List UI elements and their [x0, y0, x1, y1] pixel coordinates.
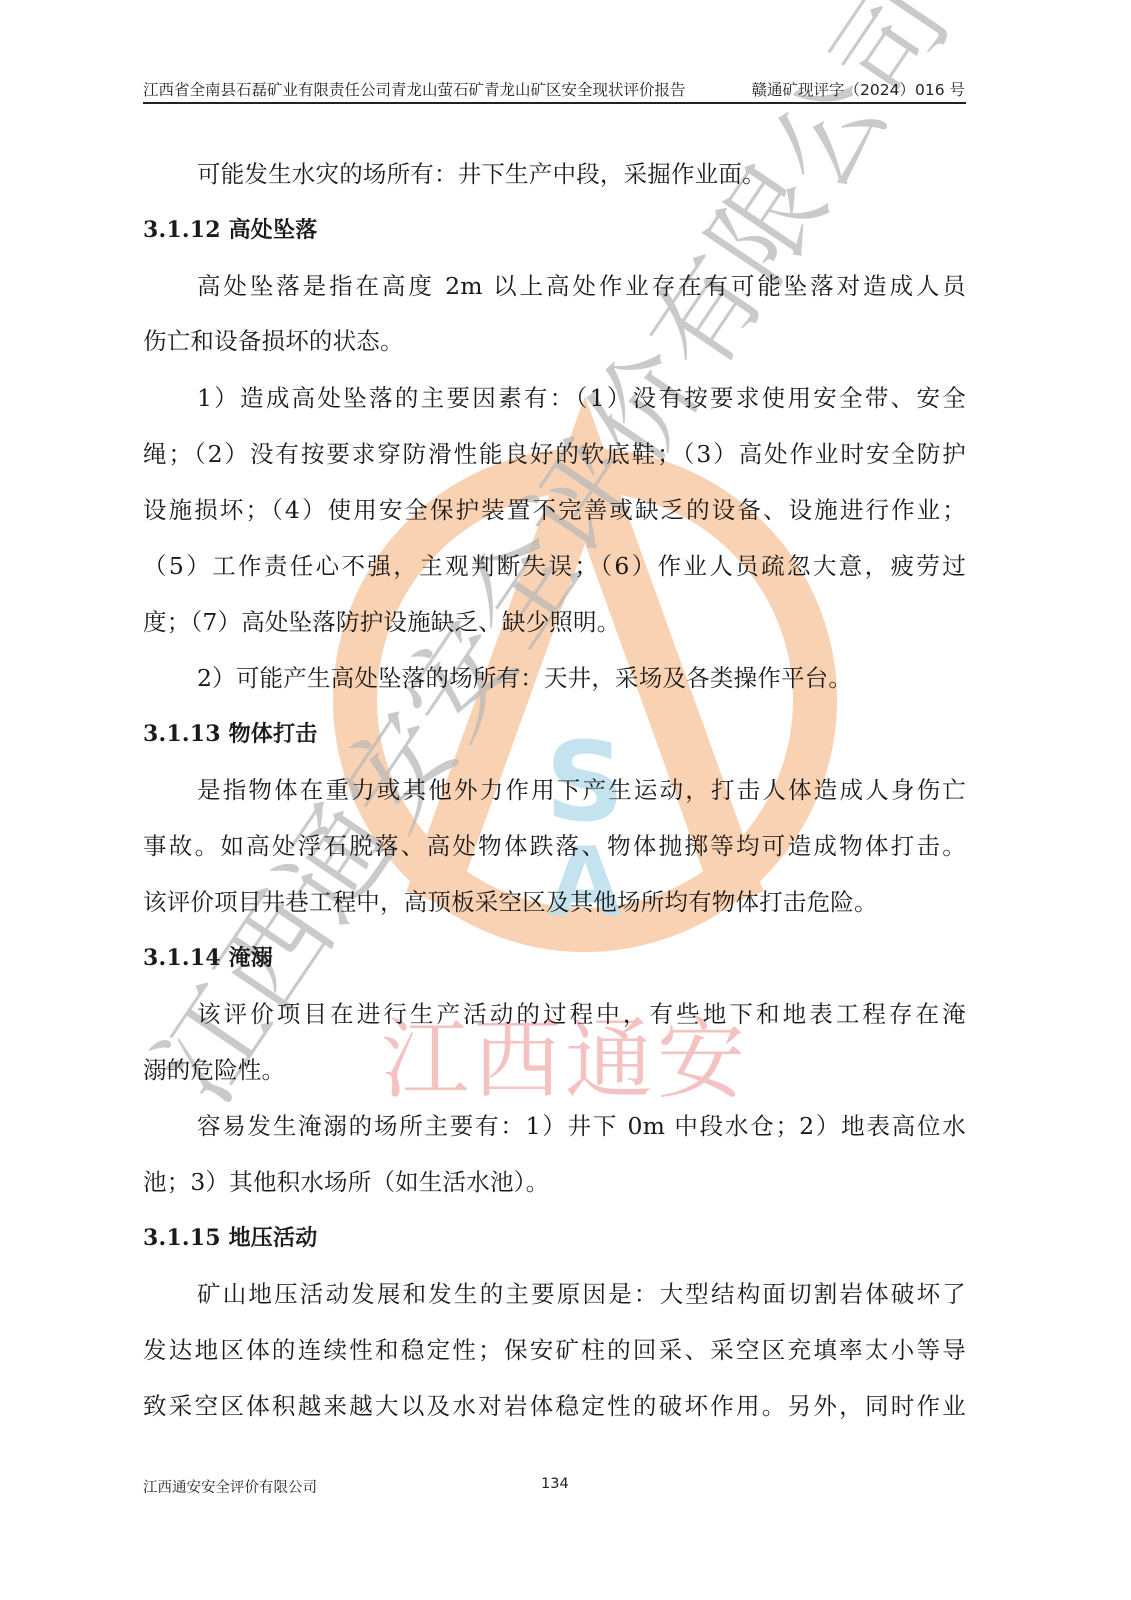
- paragraph-line: 发达地区体的连续性和稳定性；保安矿柱的回采、采空区充填率太小等导: [143, 1331, 966, 1365]
- paragraph-line: 该评价项目井巷工程中，高顶板采空区及其他场所均有物体打击危险。: [143, 883, 878, 917]
- header-divider: [143, 102, 966, 104]
- paragraph-line: 事故。如高处浮石脱落、高处物体跌落、物体抛掷等均可造成物体打击。: [143, 827, 966, 861]
- paragraph-line: 2）可能产生高处坠落的场所有：天井，采场及各类操作平台。: [197, 659, 852, 693]
- paragraph-line: 高处坠落是指在高度 2m 以上高处作业存在有可能坠落对造成人员: [197, 267, 966, 301]
- seal-ring-icon: [355, 470, 815, 930]
- paragraph-line: 致采空区体积越来越大以及水对岩体稳定性的破坏作用。另外，同时作业: [143, 1387, 966, 1421]
- document-page: S A 江西通安 江西通安安全评价有限公司 江西省全南县石磊矿业有限责任公司青龙…: [0, 0, 1131, 1600]
- paragraph-line: 伤亡和设备损坏的状态。: [143, 322, 404, 356]
- paragraph-line: 矿山地压活动发展和发生的主要原因是：大型结构面切割岩体破坏了: [197, 1275, 966, 1309]
- paragraph-line: 度；（7）高处坠落防护设施缺乏、缺少照明。: [143, 603, 620, 637]
- document-number: 赣通矿现评字（2024）016 号: [752, 78, 965, 100]
- paragraph-line: 容易发生淹溺的场所主要有：1）井下 0m 中段水仓；2）地表高位水: [197, 1107, 966, 1141]
- page-number: 134: [541, 1476, 569, 1492]
- paragraph-line: 可能发生水灾的场所有：井下生产中段，采掘作业面。: [197, 155, 766, 189]
- paragraph-line: 绳；（2）没有按要求穿防滑性能良好的软底鞋；（3）高处作业时安全防护: [143, 435, 966, 469]
- section-heading-3-1-15: 3.1.15 地压活动: [143, 1221, 317, 1252]
- paragraph-line: 1）造成高处坠落的主要因素有：（1）没有按要求使用安全带、安全: [197, 379, 966, 413]
- section-heading-3-1-13: 3.1.13 物体打击: [143, 717, 317, 748]
- report-title: 江西省全南县石磊矿业有限责任公司青龙山萤石矿青龙山矿区安全现状评价报告: [143, 78, 686, 100]
- paragraph-line: （5）工作责任心不强，主观判断失误；（6）作业人员疏忽大意，疲劳过: [143, 547, 966, 581]
- paragraph-line: 池；3）其他积水场所（如生活水池）。: [143, 1163, 549, 1197]
- paragraph-line: 溺的危险性。: [143, 1051, 285, 1085]
- footer-company: 江西通安安全评价有限公司: [143, 1476, 317, 1497]
- section-heading-3-1-14: 3.1.14 淹溺: [143, 941, 273, 972]
- page-header: 江西省全南县石磊矿业有限责任公司青龙山萤石矿青龙山矿区安全现状评价报告 赣通矿现…: [143, 76, 965, 102]
- paragraph-line: 是指物体在重力或其他外力作用下产生运动，打击人体造成人身伤亡: [197, 771, 966, 805]
- section-heading-3-1-12: 3.1.12 高处坠落: [143, 213, 317, 244]
- paragraph-line: 设施损坏；（4）使用安全保护装置不完善或缺乏的设备、设施进行作业；: [143, 491, 966, 525]
- paragraph-line: 该评价项目在进行生产活动的过程中，有些地下和地表工程存在淹: [197, 995, 966, 1029]
